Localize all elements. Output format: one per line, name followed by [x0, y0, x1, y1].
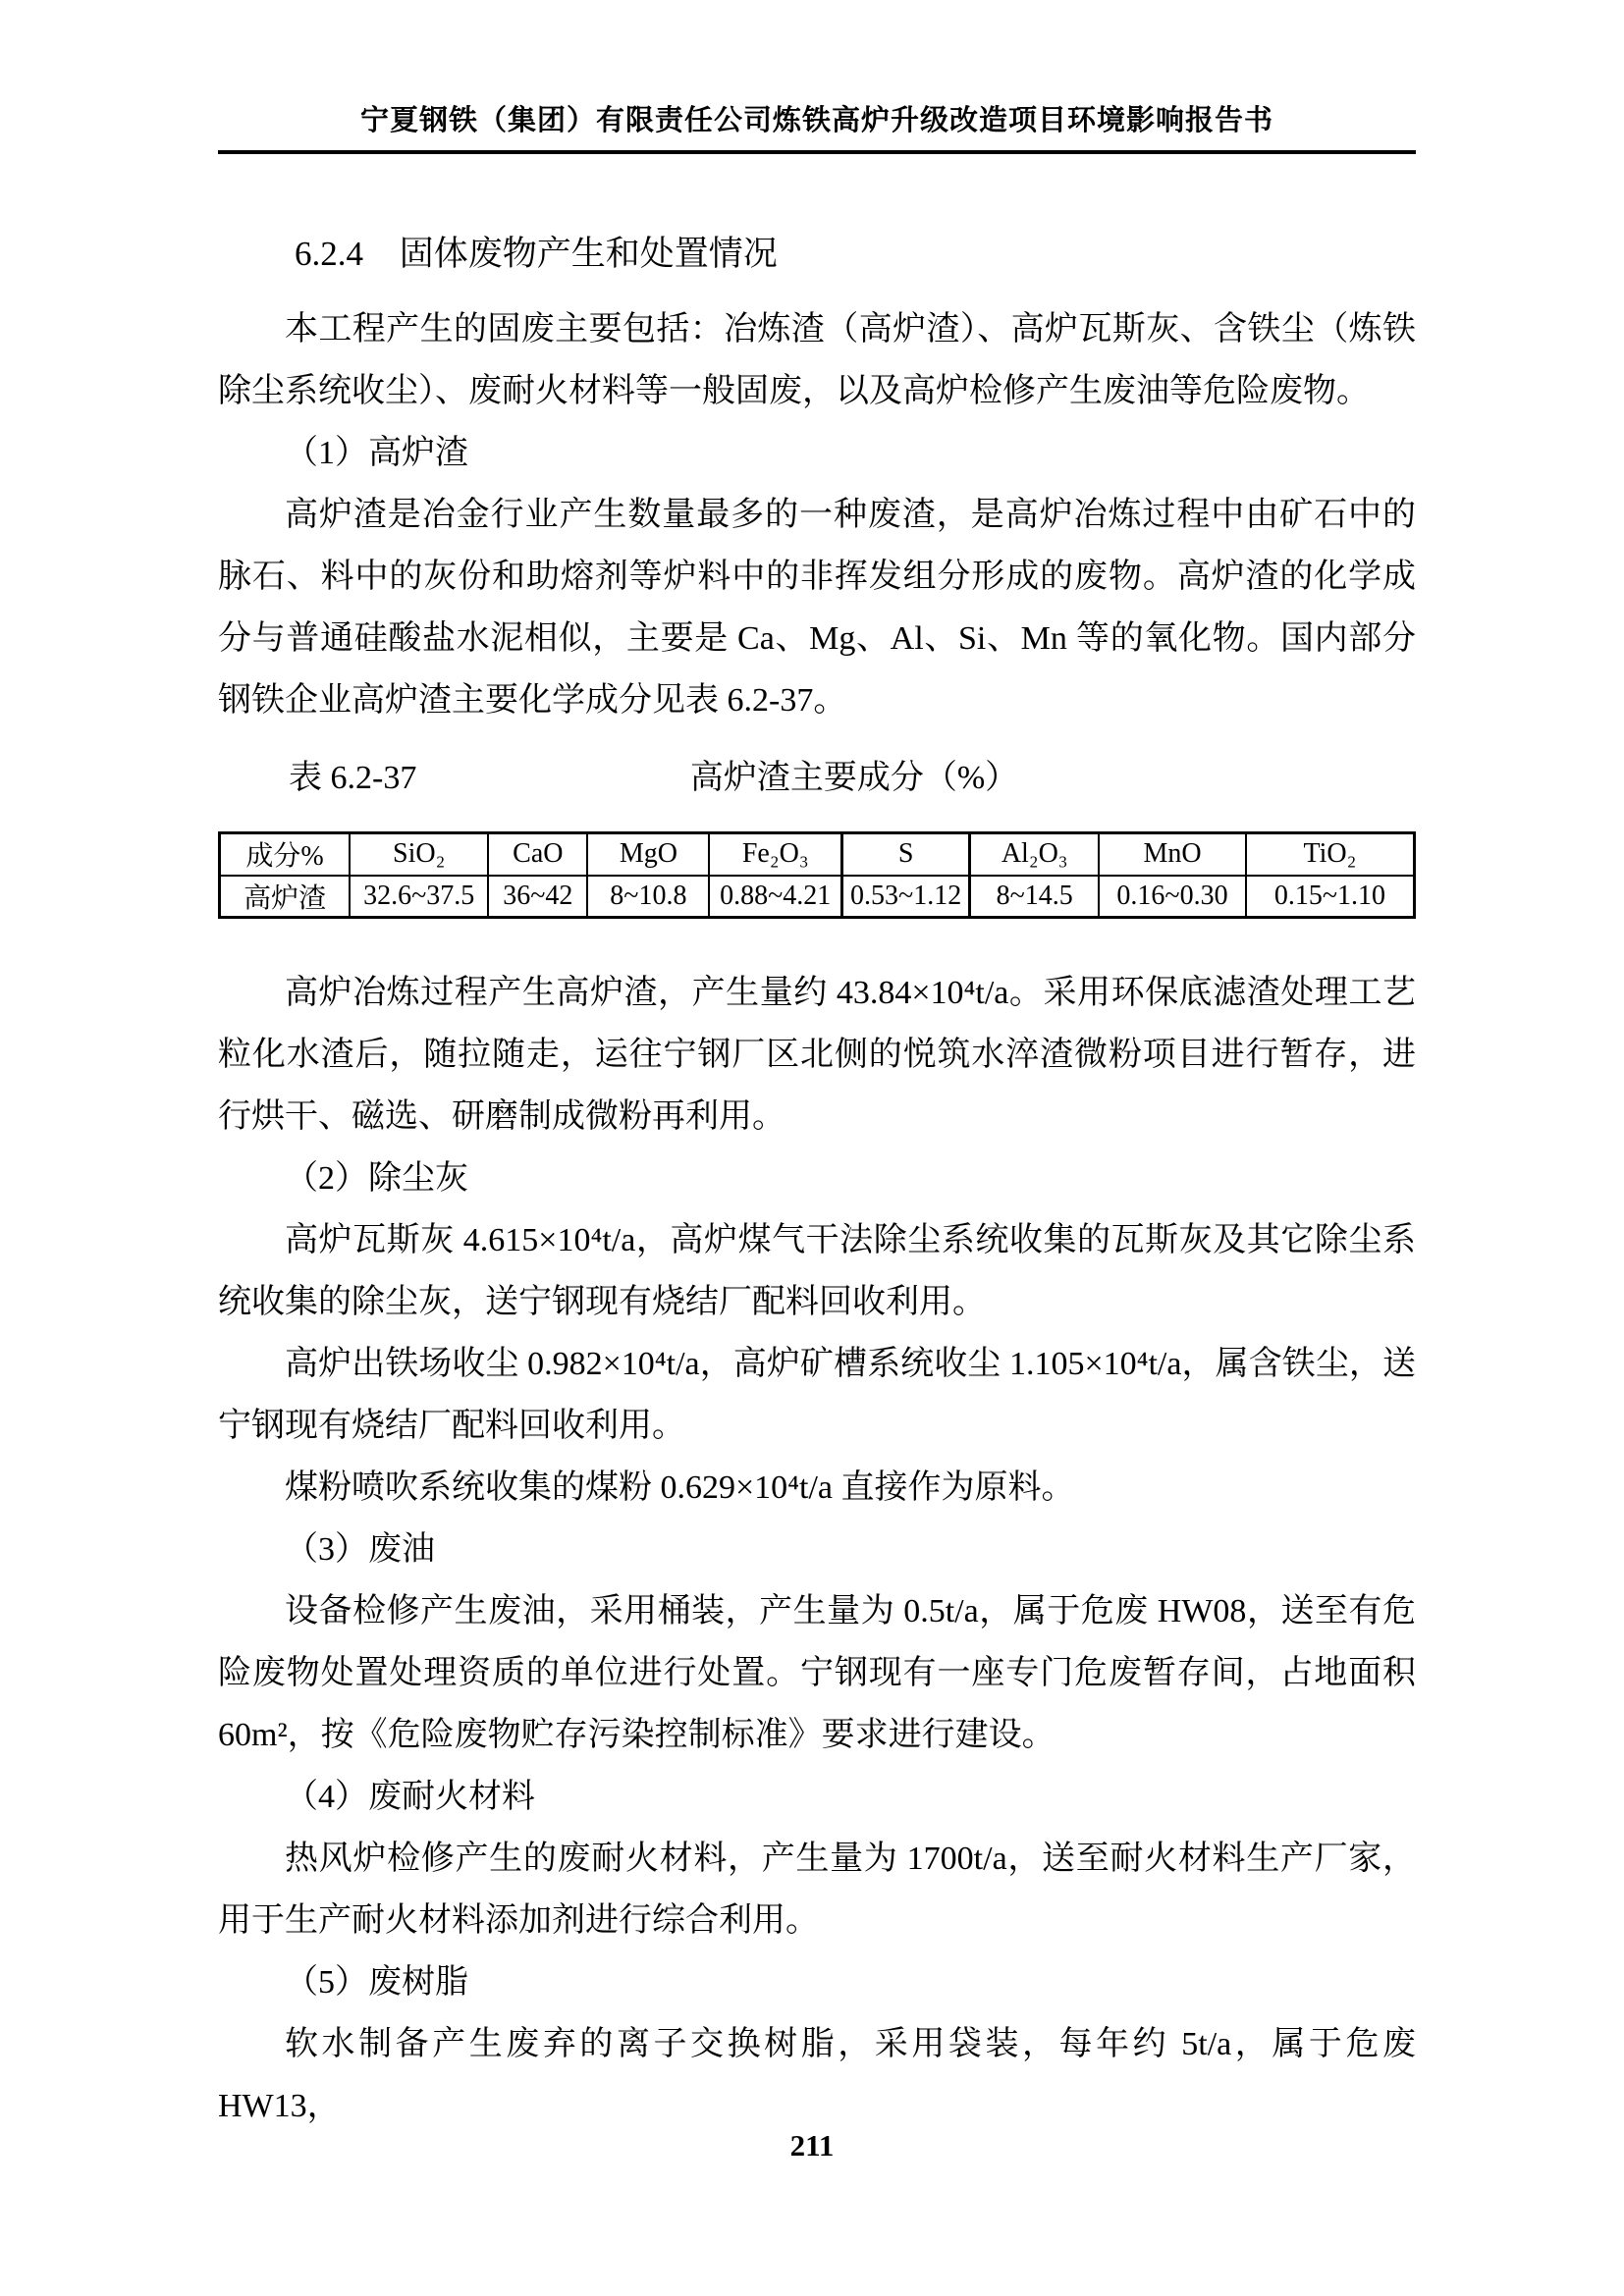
- table-header-cell: 成分%: [220, 833, 351, 876]
- section-title: 固体废物产生和处置情况: [400, 235, 778, 273]
- paragraph-coal-powder: 煤粉喷吹系统收集的煤粉 0.629×10⁴t/a 直接作为原料。: [218, 1457, 1416, 1519]
- table-caption-title: 高炉渣主要成分（%）: [690, 751, 1018, 806]
- paragraph-refractory: 热风炉检修产生的废耐火材料，产生量为 1700t/a，送至耐火材料生产厂家，用于…: [218, 1828, 1416, 1951]
- page-number: 211: [0, 2128, 1624, 2163]
- header-rule: [218, 150, 1416, 154]
- table-header-cell: MnO: [1099, 833, 1246, 876]
- paragraph-slag-description: 高炉渣是冶金行业产生数量最多的一种废渣，是高炉冶炼过程中由矿石中的脉石、料中的灰…: [218, 484, 1416, 731]
- slag-composition-table: 成分%SiO₂CaOMgOFe₂O₃SAl₂O₃MnOTiO₂ 高炉渣32.6~…: [218, 831, 1416, 919]
- table-cell: 高炉渣: [220, 876, 351, 918]
- subheading-slag: （1）高炉渣: [218, 422, 1416, 484]
- table-header-cell: Fe₂O₃: [709, 833, 841, 876]
- table-cell: 0.16~0.30: [1099, 876, 1246, 918]
- table-header-cell: MgO: [587, 833, 709, 876]
- paragraph-slag-handling: 高炉冶炼过程产生高炉渣，产生量约 43.84×10⁴t/a。采用环保底滤渣处理工…: [218, 962, 1416, 1148]
- table-header-cell: TiO₂: [1246, 833, 1415, 876]
- paragraph-intro: 本工程产生的固废主要包括：冶炼渣（高炉渣）、高炉瓦斯灰、含铁尘（炼铁除尘系统收尘…: [218, 298, 1416, 422]
- document-page: 宁夏钢铁（集团）有限责任公司炼铁高炉升级改造项目环境影响报告书 6.2.4 固体…: [0, 0, 1624, 2296]
- table-cell: 0.88~4.21: [709, 876, 841, 918]
- table-header-cell: S: [842, 833, 970, 876]
- section-number: 6.2.4: [295, 223, 363, 285]
- table-cell: 36~42: [488, 876, 587, 918]
- table-cell: 32.6~37.5: [350, 876, 488, 918]
- subheading-resin: （5）废树脂: [218, 1951, 1416, 2013]
- paragraph-dust-gas: 高炉瓦斯灰 4.615×10⁴t/a，高炉煤气干法除尘系统收集的瓦斯灰及其它除尘…: [218, 1209, 1416, 1333]
- page-content: 宁夏钢铁（集团）有限责任公司炼铁高炉升级改造项目环境影响报告书 6.2.4 固体…: [218, 0, 1416, 2137]
- table-header-cell: SiO₂: [350, 833, 488, 876]
- table-cell: 0.53~1.12: [842, 876, 970, 918]
- header-title: 宁夏钢铁（集团）有限责任公司炼铁高炉升级改造项目环境影响报告书: [218, 104, 1416, 137]
- table-cell: 8~14.5: [970, 876, 1099, 918]
- subheading-oil: （3）废油: [218, 1519, 1416, 1580]
- table-row: 高炉渣32.6~37.536~428~10.80.88~4.210.53~1.1…: [220, 876, 1415, 918]
- section-heading: 6.2.4 固体废物产生和处置情况: [295, 223, 1416, 285]
- table-header-cell: CaO: [488, 833, 587, 876]
- table-caption-label: 表 6.2-37: [289, 751, 416, 806]
- table-cell: 0.15~1.10: [1246, 876, 1415, 918]
- paragraph-dust-iron: 高炉出铁场收尘 0.982×10⁴t/a，高炉矿槽系统收尘 1.105×10⁴t…: [218, 1333, 1416, 1457]
- table-header-cell: Al₂O₃: [970, 833, 1099, 876]
- table-caption: 表 6.2-37 高炉渣主要成分（%）: [218, 751, 1416, 806]
- table-header-row: 成分%SiO₂CaOMgOFe₂O₃SAl₂O₃MnOTiO₂: [220, 833, 1415, 876]
- paragraph-resin: 软水制备产生废弃的离子交换树脂，采用袋装，每年约 5t/a，属于危废 HW13，: [218, 2013, 1416, 2137]
- table-cell: 8~10.8: [587, 876, 709, 918]
- subheading-refractory: （4）废耐火材料: [218, 1766, 1416, 1828]
- subheading-dust: （2）除尘灰: [218, 1148, 1416, 1209]
- paragraph-waste-oil: 设备检修产生废油，采用桶装，产生量为 0.5t/a，属于危废 HW08，送至有危…: [218, 1580, 1416, 1766]
